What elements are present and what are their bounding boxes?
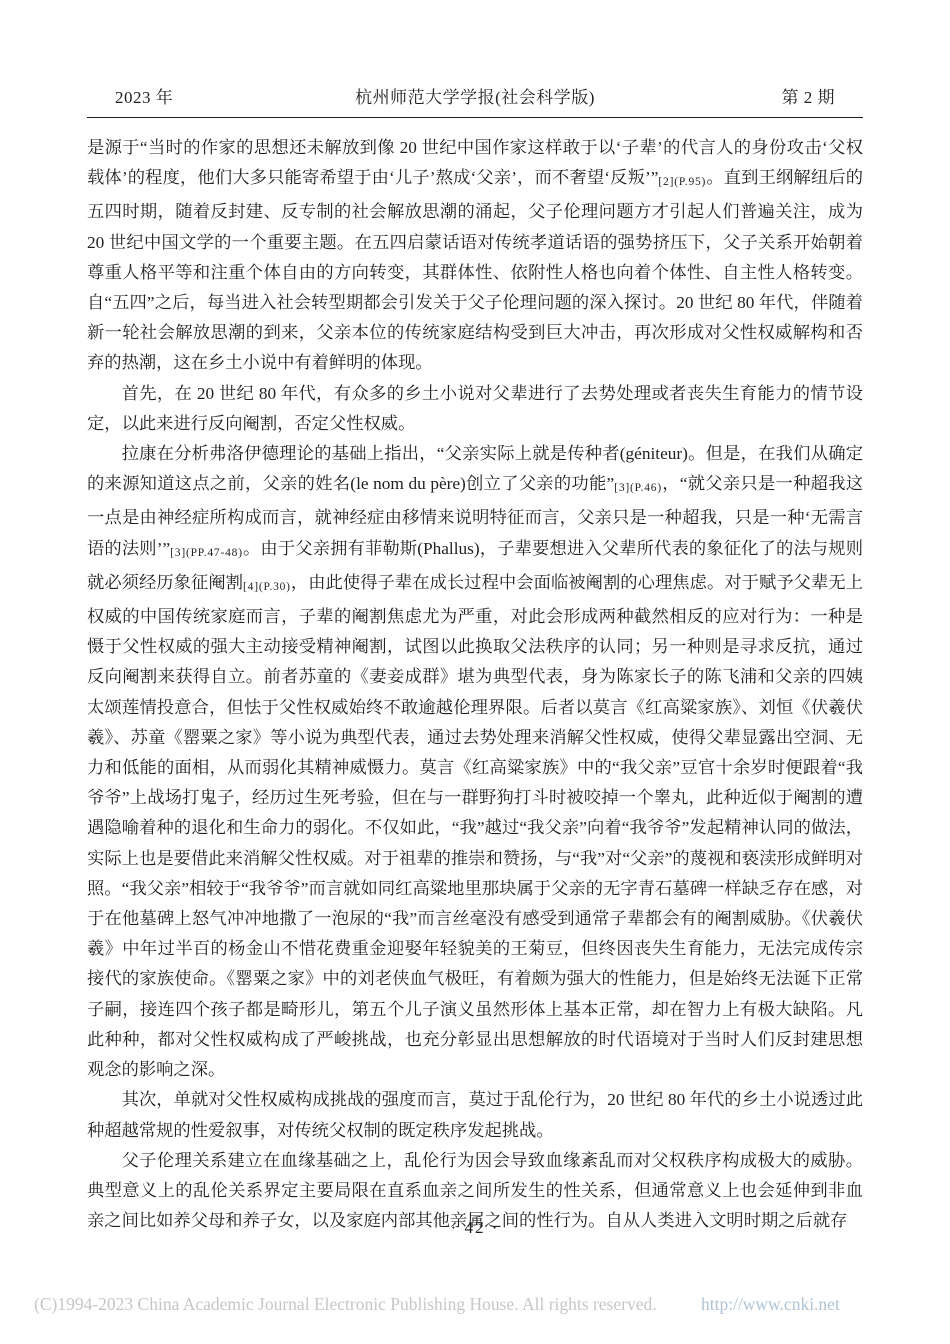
page-header: 2023 年 杭州师范大学学报(社会科学版) 第 2 期	[87, 0, 863, 118]
journal-title: 杭州师范大学学报(社会科学版)	[355, 83, 595, 108]
paragraph: 拉康在分析弗洛伊德理论的基础上指出，“父亲实际上就是传种者(géniteur)。…	[87, 439, 863, 1085]
paragraph-text: 。直到王纲解纽后的五四时期，随着反封建、反专制的社会解放思潮的涌起，父子伦理问题…	[87, 168, 863, 372]
header-year: 2023 年	[115, 83, 355, 108]
paragraph: 是源于“当时的作家的思想还未解放到像 20 世纪中国作家这样敢于以‘子辈’的代言…	[87, 133, 863, 379]
journal-page: 2023 年 杭州师范大学学报(社会科学版) 第 2 期 是源于“当时的作家的思…	[0, 0, 950, 1344]
page-footer: (C)1994-2023 China Academic Journal Elec…	[34, 1294, 916, 1315]
citation-marker: [3](PP.47-48)	[170, 547, 243, 559]
issue-number: 第 2 期	[595, 83, 835, 108]
paragraph: 其次，单就对父性权威构成挑战的强度而言，莫过于乱伦行为，20 世纪 80 年代的…	[87, 1085, 863, 1145]
citation-marker: [4](P.30)	[243, 581, 291, 593]
cnki-url: http://www.cnki.net	[701, 1294, 840, 1314]
paragraph: 首先，在 20 世纪 80 年代，有众多的乡土小说对父辈进行了去势处理或者丧失生…	[87, 379, 863, 439]
citation-marker: [2](P.95)	[658, 176, 706, 188]
paragraph-text: ，由此使得子辈在成长过程中会面临被阉割的心理焦虑。对于赋予父辈无上权威的中国传统…	[87, 573, 863, 1079]
page-number: · 42 ·	[87, 1218, 863, 1238]
article-body: 是源于“当时的作家的思想还未解放到像 20 世纪中国作家这样敢于以‘子辈’的代言…	[87, 133, 863, 1236]
paragraph-text: 其次，单就对父性权威构成挑战的强度而言，莫过于乱伦行为，20 世纪 80 年代的…	[87, 1090, 863, 1139]
copyright-text: (C)1994-2023 China Academic Journal Elec…	[34, 1294, 657, 1314]
paragraph-text: 首先，在 20 世纪 80 年代，有众多的乡土小说对父辈进行了去势处理或者丧失生…	[87, 384, 863, 433]
citation-marker: [3](P.46)	[614, 482, 662, 494]
